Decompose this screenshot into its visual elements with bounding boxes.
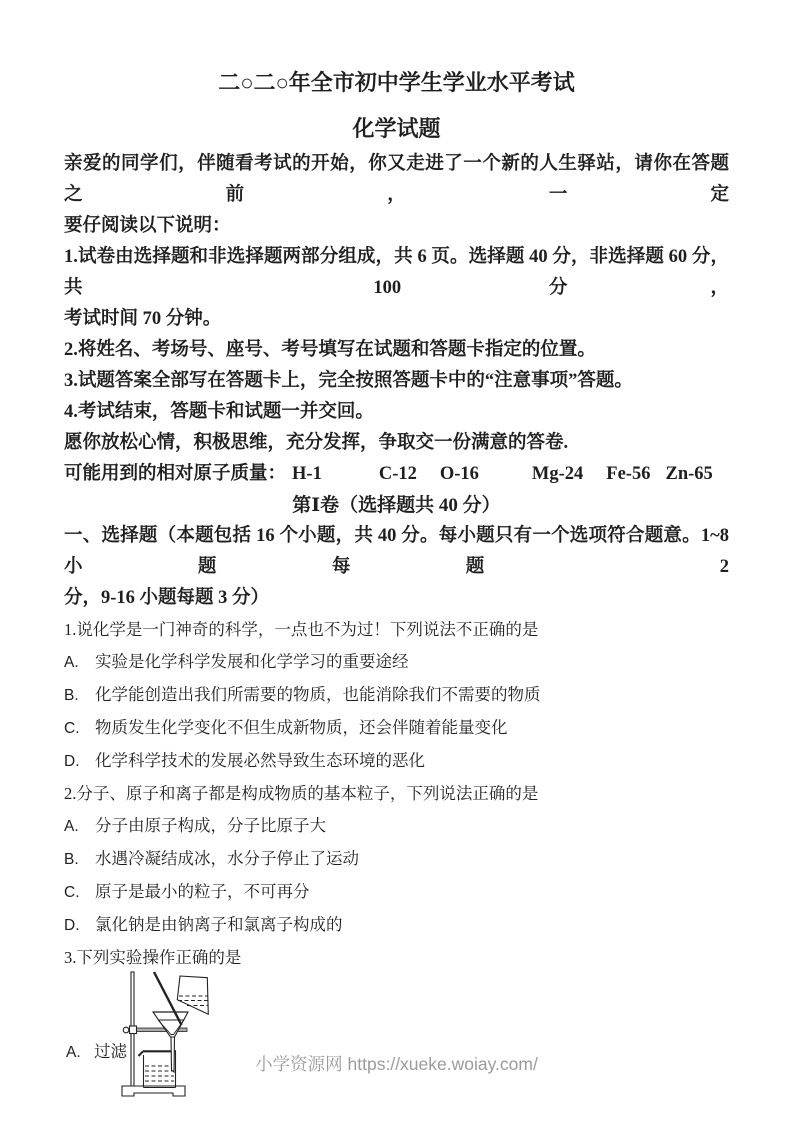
question-2-option-d: D.氯化钠是由钠离子和氯离子构成的 (64, 909, 729, 942)
atomic-mass-C: C-12 (379, 459, 417, 490)
option-text: 分子由原子构成，分子比原子大 (95, 816, 326, 835)
question-1-option-d: D.化学科学技术的发展必然导致生态环境的恶化 (64, 745, 729, 778)
watermark-footer: 小学资源网 https://xueke.woiay.com/ (0, 1051, 793, 1077)
question-1-option-b: B.化学能创造出我们所需要的物质，也能消除我们不需要的物质 (64, 679, 729, 712)
notice-1-line-2: 考试时间 70 分钟。 (64, 304, 729, 335)
atomic-mass-Mg: Mg-24 (532, 459, 583, 490)
question-1-stem: 1.说化学是一门神奇的科学，一点也不为过！下列说法不正确的是 (64, 614, 729, 646)
option-text: 物质发生化学变化不但生成新物质，还会伴随着能量变化 (95, 718, 508, 737)
question-1-option-a: A.实验是化学科学发展和化学学习的重要途经 (64, 646, 729, 679)
footer-site-name: 小学资源网 (255, 1054, 347, 1074)
wish-line: 愿你放松心情，积极思维，充分发挥，争取交一份满意的答卷. (64, 428, 729, 459)
option-text: 化学能创造出我们所需要的物质，也能消除我们不需要的物质 (95, 685, 541, 704)
footer-url-link[interactable]: https://xueke.woiay.com/ (348, 1054, 538, 1074)
option-letter: C. (64, 713, 95, 745)
question-2-option-a: A.分子由原子构成，分子比原子大 (64, 810, 729, 843)
notice-4: 4.考试结束，答题卡和试题一并交回。 (64, 397, 729, 428)
section-1-title: 第Ⅰ卷（选择题共 40 分） (64, 490, 729, 521)
question-2-option-b: B.水遇冷凝结成冰，水分子停止了运动 (64, 843, 729, 876)
notice-2: 2.将姓名、考场号、座号、考号填写在试题和答题卡指定的位置。 (64, 335, 729, 366)
question-3-figure: A.过滤 (64, 974, 729, 1112)
question-2-option-c: C.原子是最小的粒子，不可再分 (64, 876, 729, 909)
atomic-masses-label: 可能用到的相对原子质量： (64, 464, 286, 484)
option-letter: B. (64, 844, 95, 876)
clamp-block (130, 1026, 137, 1034)
exam-title: 二○二○年全市初中学生学业水平考试 (64, 66, 729, 100)
option-letter: D. (64, 746, 95, 778)
option-text: 原子是最小的粒子，不可再分 (95, 882, 310, 901)
atomic-mass-H: H-1 (292, 459, 322, 490)
option-text: 实验是化学科学发展和化学学习的重要途经 (95, 652, 409, 671)
pouring-beaker (177, 976, 208, 1014)
clamp-bolt (123, 1027, 129, 1033)
option-letter: D. (64, 910, 95, 942)
intro-line-1: 亲爱的同学们，伴随看考试的开始，你又走进了一个新的人生驿站，请你在答题之前，一定 (64, 149, 729, 211)
option-text: 氯化钠是由钠离子和氯离子构成的 (95, 915, 343, 934)
exam-subtitle: 化学试题 (64, 112, 729, 146)
atomic-mass-Fe: Fe-56 (606, 459, 650, 490)
option-text: 化学科学技术的发展必然导致生态环境的恶化 (95, 751, 425, 770)
option-letter: A. (64, 811, 95, 843)
exam-paper-page: 二○二○年全市初中学生学业水平考试 化学试题 亲爱的同学们，伴随看考试的开始，你… (0, 0, 793, 1122)
page-content: 二○二○年全市初中学生学业水平考试 化学试题 亲爱的同学们，伴随看考试的开始，你… (0, 0, 793, 1112)
option-text: 水遇冷凝结成冰，水分子停止了运动 (95, 849, 359, 868)
option-letter: C. (64, 877, 95, 909)
question-2-stem: 2.分子、原子和离子都是构成物质的基本粒子，下列说法正确的是 (64, 778, 729, 810)
atomic-mass-Zn: Zn-65 (665, 459, 712, 490)
intro-line-2: 要仔阅读以下说明： (64, 211, 729, 242)
atomic-mass-O: O-16 (440, 459, 479, 490)
section-instruction-line-1: 一、选择题（本题包括 16 个小题，共 40 分。每小题只有一个选项符合题意。1… (64, 521, 729, 583)
option-letter: A. (64, 647, 95, 679)
notice-1-line-1: 1.试卷由选择题和非选择题两部分组成，共 6 页。选择题 40 分，非选择题 6… (64, 242, 729, 304)
atomic-masses-line: 可能用到的相对原子质量：H-1C-12O-16Mg-24Fe-56Zn-65 (64, 459, 729, 490)
option-letter: B. (64, 680, 95, 712)
filtration-apparatus-diagram (110, 962, 260, 1110)
section-instruction-line-2: 分，9-16 小题每题 3 分） (64, 583, 729, 614)
notice-3: 3.试题答案全部写在答题卡上，完全按照答题卡中的“注意事项”答题。 (64, 366, 729, 397)
question-1-option-c: C.物质发生化学变化不但生成新物质，还会伴随着能量变化 (64, 712, 729, 745)
